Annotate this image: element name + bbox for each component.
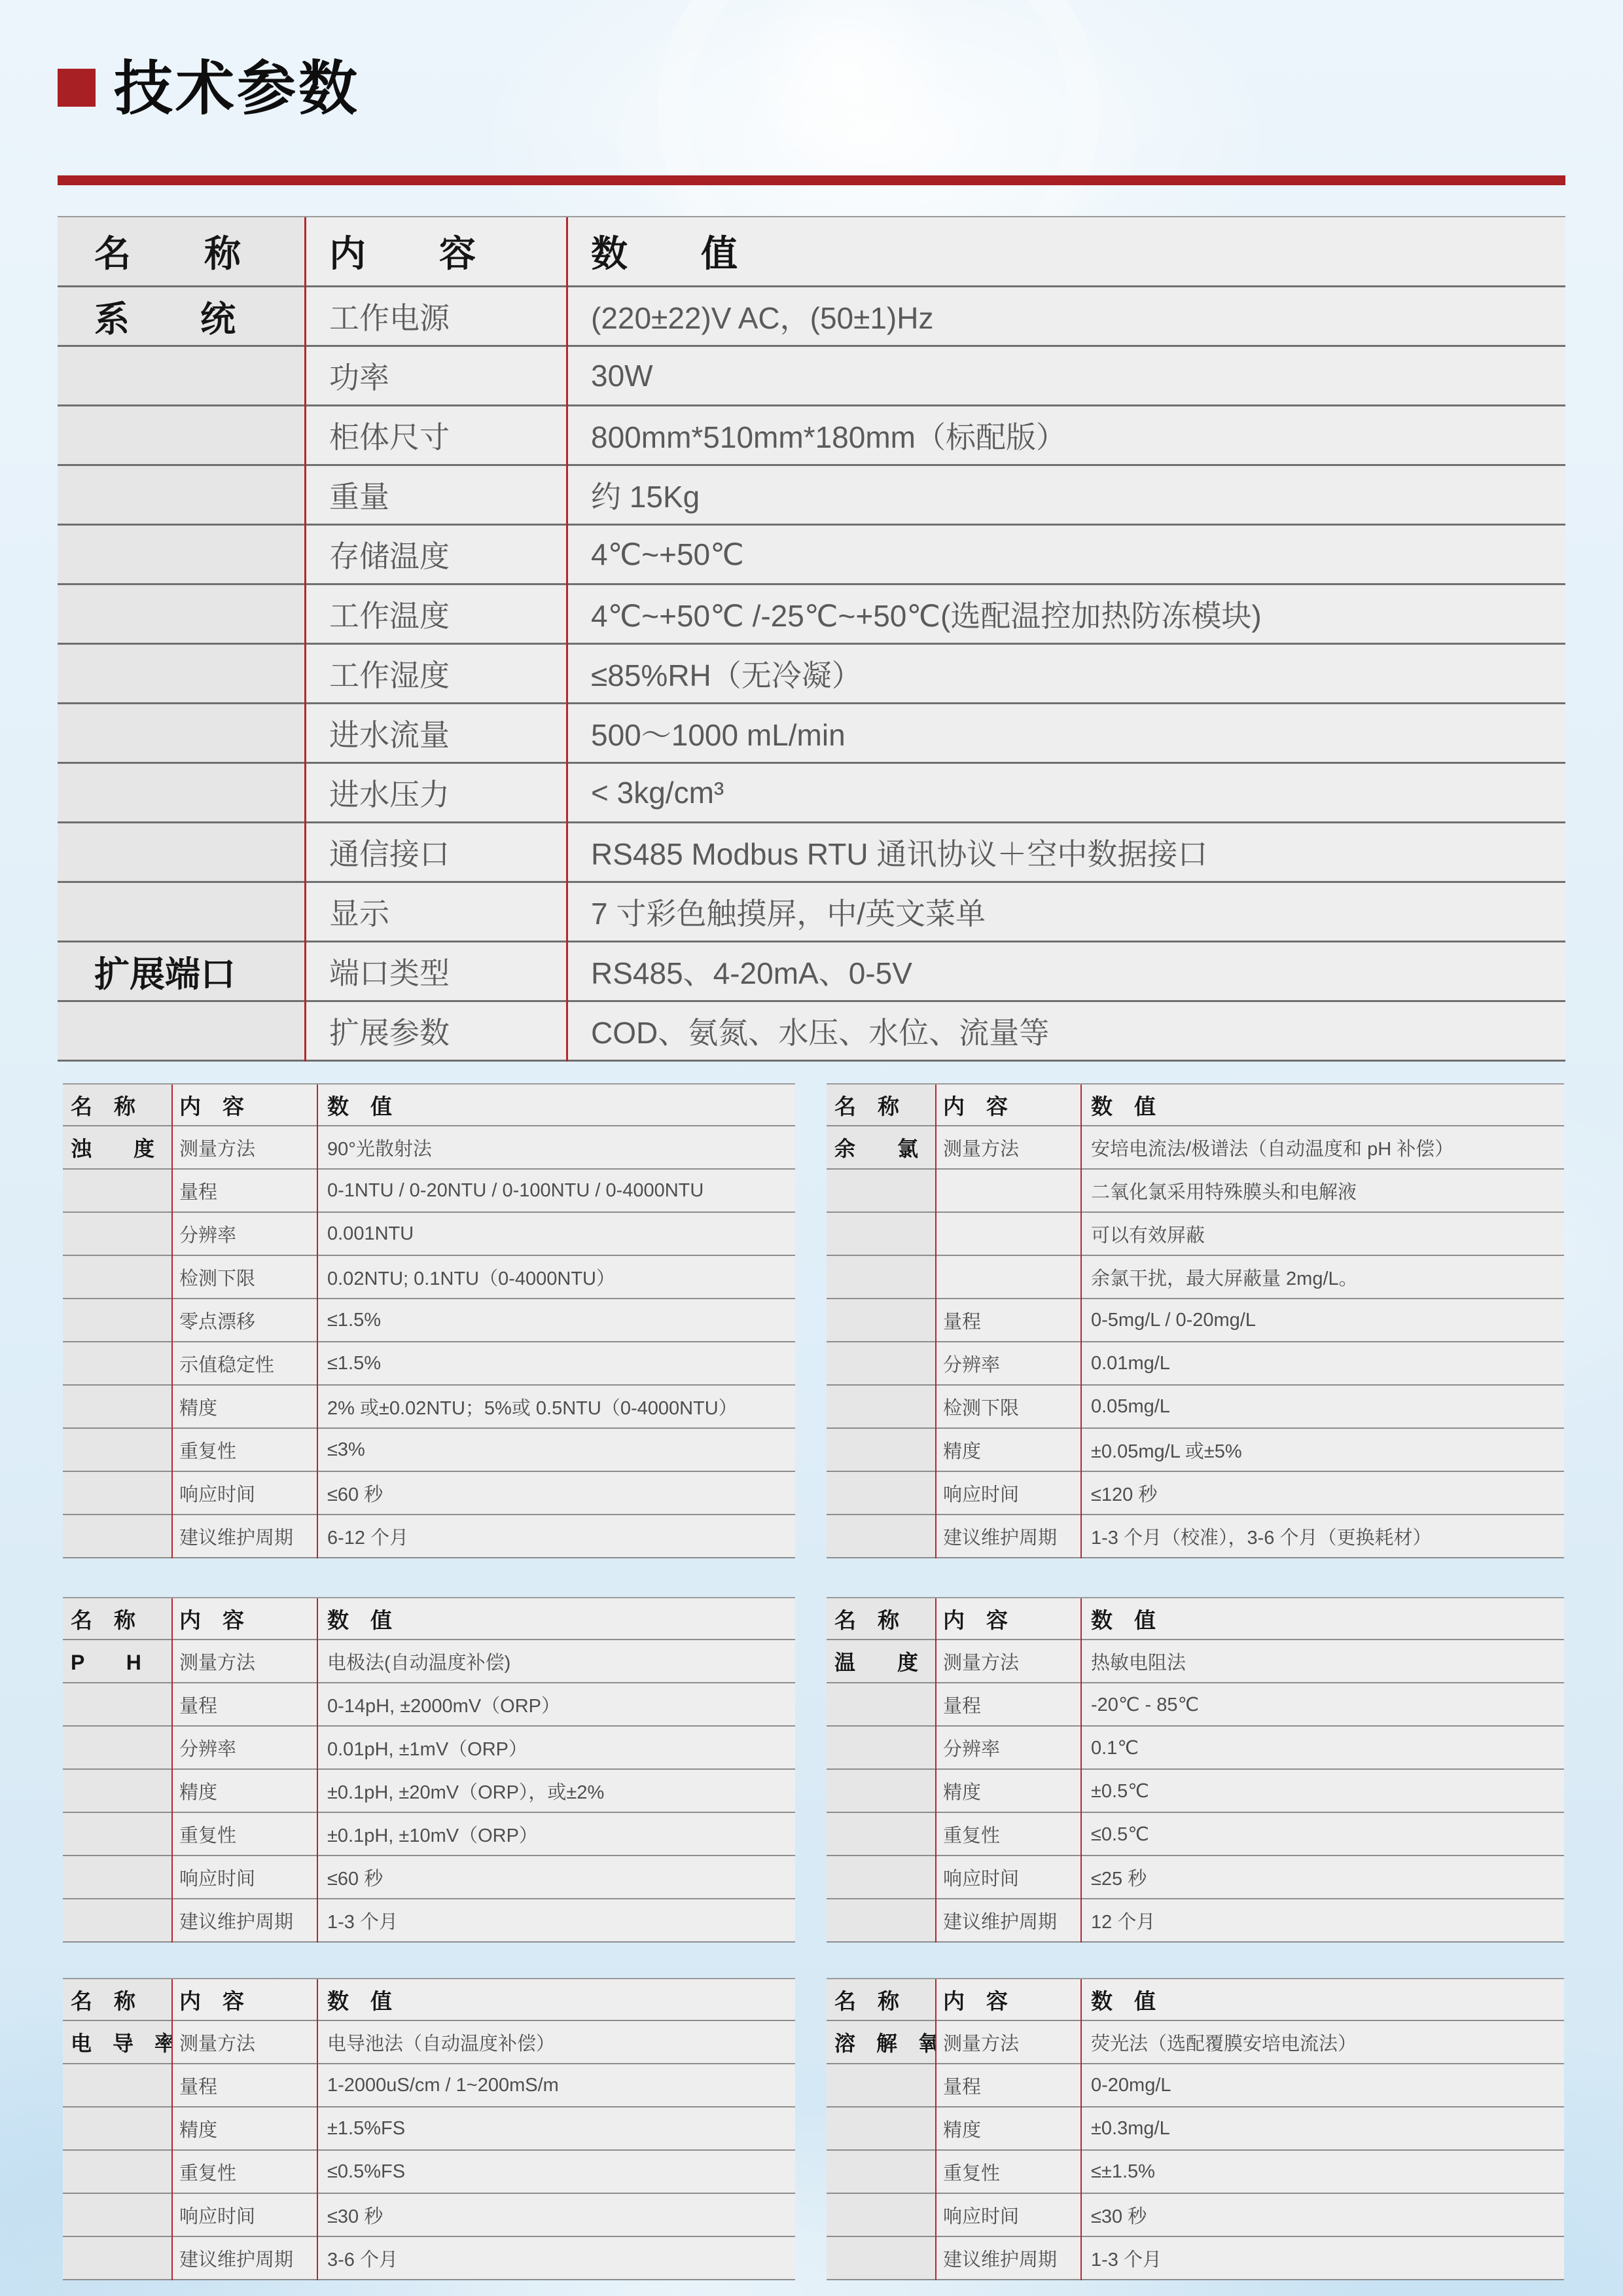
row-parameter-value: ±0.1pH, ±20mV（ORP），或±2% [317,1770,795,1812]
temperature-spec-table: 名 称内 容数 值温 度测量方法热敏电阻法量程-20℃ - 85℃分辨率0.1℃… [827,1597,1564,1943]
turbidity-spec-table: 名 称内 容数 值浊 度测量方法90°光散射法量程0-1NTU / 0-20NT… [63,1083,795,1558]
row-parameter-label: 测量方法 [935,1640,1080,1682]
column-divider-line [566,217,568,1062]
row-group-name: 浊 度 [63,1126,171,1168]
header-name: 名 称 [63,1085,171,1125]
table-row: 进水流量500～1000 mL/min [58,704,1565,764]
row-group-name [827,2237,935,2279]
header-value: 数 值 [1080,1979,1564,2020]
row-group-name [63,1386,171,1427]
column-divider-line [317,1979,318,2280]
row-parameter-value: ±0.5℃ [1080,1770,1564,1812]
row-group-name [827,2064,935,2106]
row-parameter-label: 响应时间 [171,2194,317,2236]
row-parameter-label: 建议维护周期 [935,1899,1080,1941]
row-parameter-value: 12 个月 [1080,1899,1564,1941]
row-group-name [63,1899,171,1941]
row-parameter-value: ±0.3mg/L [1080,2108,1564,2149]
column-divider-line [171,1085,173,1558]
row-group-name [827,1386,935,1427]
row-parameter-value: 安培电流法/极谱法（自动温度和 pH 补偿） [1080,1126,1564,1168]
table-header-row: 名 称内 容数 值 [827,1598,1564,1640]
row-parameter-value: 800mm*510mm*180mm（标配版） [566,406,1565,464]
row-parameter-label: 精度 [171,1770,317,1812]
row-group-name [63,1770,171,1812]
row-parameter-value: 0.05mg/L [1080,1386,1564,1427]
row-parameter-value: 余氯干扰，最大屏蔽量 2mg/L。 [1080,1256,1564,1298]
table-row: 响应时间≤120 秒 [827,1472,1564,1515]
row-parameter-label: 测量方法 [171,1640,317,1682]
row-parameter-label: 建议维护周期 [171,2237,317,2279]
row-parameter-value: 90°光散射法 [317,1126,795,1168]
header-content: 内 容 [304,217,566,285]
row-group-name [63,2108,171,2149]
table-row: 溶 解 氧测量方法荧光法（选配覆膜安培电流法） [827,2021,1564,2064]
table-row: 进水压力< 3kg/cm³ [58,764,1565,823]
spec-sheet-page: 技术参数 名 称内 容数 值系 统工作电源(220±22)V AC，(50±1)… [0,0,1623,2296]
header-name: 名 称 [827,1979,935,2020]
row-parameter-value: 1-2000uS/cm / 1~200mS/m [317,2064,795,2106]
header-content: 内 容 [935,1598,1080,1639]
row-group-name [63,2151,171,2193]
row-group-name [827,1299,935,1341]
row-parameter-label: 精度 [935,1429,1080,1471]
row-group-name [827,1727,935,1768]
row-group-name [63,2064,171,2106]
row-parameter-label: 建议维护周期 [171,1899,317,1941]
table-row: 柜体尺寸800mm*510mm*180mm（标配版） [58,406,1565,466]
row-parameter-label: 功率 [304,347,566,404]
row-parameter-label: 检测下限 [171,1256,317,1298]
red-square-bullet-icon [58,69,96,107]
row-group-name [827,1429,935,1471]
ph-spec-table: 名 称内 容数 值P H测量方法电极法(自动温度补偿)量程0-14pH, ±20… [63,1597,795,1943]
table-row: 余 氯测量方法安培电流法/极谱法（自动温度和 pH 补偿） [827,1126,1564,1170]
header-name: 名 称 [827,1598,935,1639]
row-parameter-label: 响应时间 [171,1472,317,1514]
table-row: 建议维护周期1-3 个月（校准），3-6 个月（更换耗材） [827,1515,1564,1558]
row-parameter-value: 0.01pH, ±1mV（ORP） [317,1727,795,1768]
row-parameter-value: 电极法(自动温度补偿) [317,1640,795,1682]
row-parameter-label: 响应时间 [935,1856,1080,1898]
system-spec-table: 名 称内 容数 值系 统工作电源(220±22)V AC，(50±1)Hz功率3… [58,216,1565,1062]
row-group-name [63,1727,171,1768]
row-parameter-label: 分辨率 [171,1727,317,1768]
column-divider-line [171,1598,173,1943]
row-parameter-label: 扩展参数 [304,1002,566,1060]
row-parameter-value: 约 15Kg [566,466,1565,524]
table-row: 响应时间≤25 秒 [827,1856,1564,1899]
row-parameter-label: 通信接口 [304,823,566,881]
table-row: 显示7 寸彩色触摸屏，中/英文菜单 [58,883,1565,942]
row-parameter-value: 荧光法（选配覆膜安培电流法） [1080,2021,1564,2063]
row-group-name [63,1429,171,1471]
table-row: 量程-20℃ - 85℃ [827,1683,1564,1727]
row-parameter-value: 4℃~+50℃ [566,526,1565,583]
row-parameter-label: 检测下限 [935,1386,1080,1427]
row-parameter-label: 进水压力 [304,764,566,821]
table-row: 响应时间≤30 秒 [827,2194,1564,2237]
row-parameter-value: ≤1.5% [317,1342,795,1384]
row-group-name [63,1856,171,1898]
row-parameter-value: ≤25 秒 [1080,1856,1564,1898]
row-parameter-label: 精度 [935,2108,1080,2149]
column-divider-line [1080,1979,1082,2280]
row-group-name: 温 度 [827,1640,935,1682]
row-group-name: 电 导 率 [63,2021,171,2063]
row-parameter-value: ≤120 秒 [1080,1472,1564,1514]
row-group-name [827,2194,935,2236]
row-group-name: 溶 解 氧 [827,2021,935,2063]
row-group-name [58,1002,304,1060]
row-group-name [63,1213,171,1255]
row-group-name [827,2108,935,2149]
row-group-name [827,1813,935,1855]
row-parameter-label [935,1170,1080,1211]
row-group-name [827,1683,935,1725]
header-value: 数 值 [317,1979,795,2020]
section-header: 技术参数 [58,41,360,126]
row-parameter-label: 重复性 [171,1813,317,1855]
table-row: 可以有效屏蔽 [827,1213,1564,1256]
row-parameter-label: 响应时间 [935,1472,1080,1514]
conductivity-spec-table: 名 称内 容数 值电 导 率测量方法电导池法（自动温度补偿）量程1-2000uS… [63,1978,795,2280]
row-parameter-label: 显示 [304,883,566,941]
row-group-name: P H [63,1640,171,1682]
table-row: 功率30W [58,347,1565,406]
table-header-row: 名 称内 容数 值 [827,1979,1564,2021]
row-group-name [63,1256,171,1298]
residual-chlorine-spec-table: 名 称内 容数 值余 氯测量方法安培电流法/极谱法（自动温度和 pH 补偿）二氧… [827,1083,1564,1558]
row-parameter-value: COD、氨氮、水压、水位、流量等 [566,1002,1565,1060]
header-value: 数 值 [1080,1085,1564,1125]
row-parameter-label: 响应时间 [171,1856,317,1898]
row-group-name [63,2237,171,2279]
row-parameter-label: 重量 [304,466,566,524]
row-parameter-value: 可以有效屏蔽 [1080,1213,1564,1255]
row-parameter-value: ≤30 秒 [317,2194,795,2236]
row-parameter-value: ±0.1pH, ±10mV（ORP） [317,1813,795,1855]
row-parameter-value: -20℃ - 85℃ [1080,1683,1564,1725]
row-group-name [63,1683,171,1725]
table-row: 工作温度4℃~+50℃ /-25℃~+50℃(选配温控加热防冻模块) [58,585,1565,645]
row-group-name [827,2151,935,2193]
row-parameter-label: 量程 [935,1299,1080,1341]
row-group-name [827,1170,935,1211]
table-row: 通信接口RS485 Modbus RTU 通讯协议＋空中数据接口 [58,823,1565,883]
row-parameter-value: ≤30 秒 [1080,2194,1564,2236]
row-parameter-value: 6-12 个月 [317,1515,795,1557]
row-parameter-label: 工作温度 [304,585,566,643]
row-parameter-label: 工作湿度 [304,645,566,702]
row-parameter-label: 进水流量 [304,704,566,762]
row-parameter-label: 重复性 [935,1813,1080,1855]
column-divider-line [935,1598,936,1943]
column-divider-line [1080,1085,1082,1558]
row-parameter-value: 1-3 个月（校准），3-6 个月（更换耗材） [1080,1515,1564,1557]
table-row: 扩展端口端口类型RS485、4-20mA、0-5V [58,942,1565,1002]
row-group-name [63,1813,171,1855]
row-parameter-label: 量程 [935,1683,1080,1725]
table-header-row: 名 称内 容数 值 [58,217,1565,287]
row-parameter-label: 量程 [935,2064,1080,2106]
row-parameter-value: ≤1.5% [317,1299,795,1341]
row-parameter-label: 柜体尺寸 [304,406,566,464]
row-parameter-value: ≤60 秒 [317,1856,795,1898]
table-row: 建议维护周期1-3 个月 [827,2237,1564,2280]
row-group-name [58,764,304,821]
row-group-name [63,1299,171,1341]
row-parameter-value: 1-3 个月 [1080,2237,1564,2279]
row-parameter-value: 热敏电阻法 [1080,1640,1564,1682]
row-group-name [827,1515,935,1557]
row-parameter-value: 0-14pH, ±2000mV（ORP） [317,1683,795,1725]
row-parameter-label: 分辨率 [935,1342,1080,1384]
table-row: 余氯干扰，最大屏蔽量 2mg/L。 [827,1256,1564,1299]
row-parameter-value: (220±22)V AC，(50±1)Hz [566,287,1565,345]
row-group-name: 扩展端口 [58,942,304,1000]
row-parameter-value: 30W [566,347,1565,404]
row-parameter-value: 2% 或±0.02NTU；5%或 0.5NTU（0-4000NTU） [317,1386,795,1427]
header-content: 内 容 [935,1979,1080,2020]
row-parameter-value: 3-6 个月 [317,2237,795,2279]
row-parameter-value: ≤0.5%FS [317,2151,795,2193]
row-group-name [827,1256,935,1298]
row-parameter-value: 4℃~+50℃ /-25℃~+50℃(选配温控加热防冻模块) [566,585,1565,643]
table-row: 精度±0.05mg/L 或±5% [827,1429,1564,1472]
row-parameter-value: ±0.05mg/L 或±5% [1080,1429,1564,1471]
row-parameter-label: 响应时间 [935,2194,1080,2236]
row-parameter-label: 工作电源 [304,287,566,345]
table-row: 精度±0.5℃ [827,1770,1564,1813]
row-parameter-value: ≤0.5℃ [1080,1813,1564,1855]
table-row: 重量约 15Kg [58,466,1565,526]
table-row: 分辨率0.1℃ [827,1727,1564,1770]
row-group-name: 余 氯 [827,1126,935,1168]
row-group-name [58,704,304,762]
header-name: 名 称 [63,1979,171,2020]
row-parameter-value: 0.1℃ [1080,1727,1564,1768]
row-group-name [827,1770,935,1812]
row-parameter-label: 测量方法 [935,1126,1080,1168]
row-parameter-value: RS485、4-20mA、0-5V [566,942,1565,1000]
row-parameter-value: 500～1000 mL/min [566,704,1565,762]
row-group-name [63,1342,171,1384]
column-divider-line [171,1979,173,2280]
row-parameter-label [935,1213,1080,1255]
table-row: 分辨率0.01mg/L [827,1342,1564,1386]
row-group-name [63,1472,171,1514]
row-parameter-label: 重复性 [935,2151,1080,2193]
row-parameter-value: ≤3% [317,1429,795,1471]
table-row: 量程0-5mg/L / 0-20mg/L [827,1299,1564,1342]
row-parameter-value: < 3kg/cm³ [566,764,1565,821]
row-parameter-label: 精度 [935,1770,1080,1812]
row-parameter-label: 零点漂移 [171,1299,317,1341]
table-row: 扩展参数COD、氨氮、水压、水位、流量等 [58,1002,1565,1062]
row-parameter-value: 0.02NTU; 0.1NTU（0-4000NTU） [317,1256,795,1298]
row-parameter-value: 二氧化氯采用特殊膜头和电解液 [1080,1170,1564,1211]
row-parameter-value: 1-3 个月 [317,1899,795,1941]
table-row: 系 统工作电源(220±22)V AC，(50±1)Hz [58,287,1565,347]
header-value: 数 值 [317,1598,795,1639]
row-parameter-value: 电导池法（自动温度补偿） [317,2021,795,2063]
row-parameter-label: 重复性 [171,2151,317,2193]
row-group-name [63,1170,171,1211]
row-group-name [58,883,304,941]
row-parameter-label [935,1256,1080,1298]
row-group-name [58,645,304,702]
row-parameter-label: 分辨率 [171,1213,317,1255]
table-row: 建议维护周期12 个月 [827,1899,1564,1943]
header-content: 内 容 [171,1598,317,1639]
row-parameter-label: 精度 [171,2108,317,2149]
row-parameter-value: ≤60 秒 [317,1472,795,1514]
red-divider-rule [58,175,1565,185]
row-parameter-label: 建议维护周期 [935,1515,1080,1557]
row-parameter-value: 0-20mg/L [1080,2064,1564,2106]
table-row: 重复性≤±1.5% [827,2151,1564,2194]
header-value: 数 值 [566,217,1565,285]
table-row: 工作湿度≤85%RH（无冷凝） [58,645,1565,704]
header-value: 数 值 [1080,1598,1564,1639]
row-parameter-value: RS485 Modbus RTU 通讯协议＋空中数据接口 [566,823,1565,881]
column-divider-line [1080,1598,1082,1943]
row-parameter-value: 0-5mg/L / 0-20mg/L [1080,1299,1564,1341]
header-content: 内 容 [935,1085,1080,1125]
row-parameter-label: 分辨率 [935,1727,1080,1768]
column-divider-line [317,1598,318,1943]
header-value: 数 值 [317,1085,795,1125]
row-group-name [58,466,304,524]
column-divider-line [935,1085,936,1558]
row-parameter-label: 示值稳定性 [171,1342,317,1384]
page-title: 技术参数 [114,41,360,126]
table-row: 量程0-20mg/L [827,2064,1564,2108]
row-parameter-label: 端口类型 [304,942,566,1000]
row-parameter-label: 量程 [171,1683,317,1725]
row-parameter-label: 建议维护周期 [171,1515,317,1557]
row-parameter-label: 精度 [171,1386,317,1427]
row-parameter-value: ±1.5%FS [317,2108,795,2149]
row-parameter-value: 0.001NTU [317,1213,795,1255]
row-parameter-value: 0-1NTU / 0-20NTU / 0-100NTU / 0-4000NTU [317,1170,795,1211]
row-parameter-label: 重复性 [171,1429,317,1471]
table-row: 重复性≤0.5℃ [827,1813,1564,1856]
header-name: 名 称 [63,1598,171,1639]
row-parameter-label: 测量方法 [171,2021,317,2063]
row-group-name [58,526,304,583]
row-group-name [827,1342,935,1384]
row-group-name [58,585,304,643]
row-parameter-label: 存储温度 [304,526,566,583]
row-parameter-value: ≤85%RH（无冷凝） [566,645,1565,702]
header-content: 内 容 [171,1085,317,1125]
row-parameter-value: 0.01mg/L [1080,1342,1564,1384]
header-name: 名 称 [827,1085,935,1125]
table-row: 温 度测量方法热敏电阻法 [827,1640,1564,1683]
header-name: 名 称 [58,217,304,285]
column-divider-line [935,1979,936,2280]
row-parameter-label: 量程 [171,1170,317,1211]
row-parameter-value: 7 寸彩色触摸屏，中/英文菜单 [566,883,1565,941]
row-group-name [827,1899,935,1941]
row-parameter-label: 测量方法 [935,2021,1080,2063]
table-row: 存储温度4℃~+50℃ [58,526,1565,585]
row-group-name [58,823,304,881]
row-group-name [63,2194,171,2236]
row-group-name: 系 统 [58,287,304,345]
table-row: 检测下限0.05mg/L [827,1386,1564,1429]
row-parameter-label: 量程 [171,2064,317,2106]
table-row: 二氧化氯采用特殊膜头和电解液 [827,1170,1564,1213]
table-row: 精度±0.3mg/L [827,2108,1564,2151]
column-divider-line [304,217,306,1062]
row-parameter-label: 建议维护周期 [935,2237,1080,2279]
row-group-name [827,1856,935,1898]
row-group-name [63,1515,171,1557]
row-group-name [58,406,304,464]
header-content: 内 容 [171,1979,317,2020]
row-group-name [827,1213,935,1255]
dissolved-oxygen-spec-table: 名 称内 容数 值溶 解 氧测量方法荧光法（选配覆膜安培电流法）量程0-20mg… [827,1978,1564,2280]
row-group-name [827,1472,935,1514]
row-parameter-value: ≤±1.5% [1080,2151,1564,2193]
row-parameter-label: 测量方法 [171,1126,317,1168]
row-group-name [58,347,304,404]
table-header-row: 名 称内 容数 值 [827,1085,1564,1126]
column-divider-line [317,1085,318,1558]
